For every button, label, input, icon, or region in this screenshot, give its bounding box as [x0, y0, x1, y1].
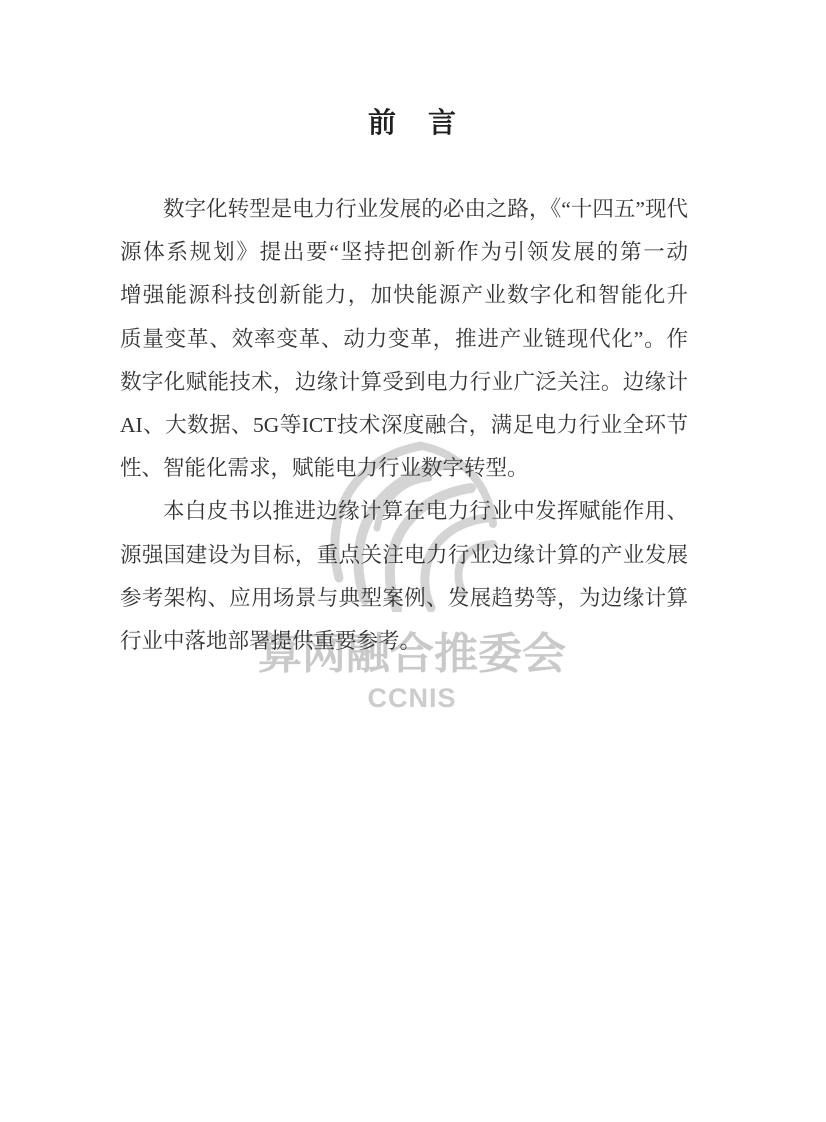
text-line: 源强国建设为目标，重点关注电力行业边缘计算的产业发展现状、 [120, 534, 688, 577]
paragraph: 数字化转型是电力行业发展的必由之路，《“十四五”现代能源体系规划》提出要“坚持把… [120, 188, 688, 490]
text-line: 性、智能化需求，赋能电力行业数字转型。 [120, 447, 688, 490]
watermark-ccnis-text: CCNIS [258, 683, 566, 714]
text-line: 参考架构、应用场景与典型案例、发展趋势等，为边缘计算在电力 [120, 577, 688, 620]
paragraph: 本白皮书以推进边缘计算在电力行业中发挥赋能作用、助力能源强国建设为目标，重点关注… [120, 490, 688, 663]
document-body: 数字化转型是电力行业发展的必由之路，《“十四五”现代能源体系规划》提出要“坚持把… [120, 188, 688, 663]
text-line: 数字化转型是电力行业发展的必由之路，《“十四五”现代能 [120, 188, 688, 231]
text-line: 源体系规划》提出要“坚持把创新作为引领发展的第一动力，着力 [120, 231, 688, 274]
page-title: 前 言 [0, 101, 826, 141]
text-line: AI、大数据、5G等ICT技术深度融合，满足电力行业全环节的实时 [120, 404, 688, 447]
text-line: 质量变革、效率变革、动力变革，推进产业链现代化”。作为一种 [120, 318, 688, 361]
text-line: 数字化赋能技术，边缘计算受到电力行业广泛关注。边缘计算与 [120, 361, 688, 404]
text-line: 增强能源科技创新能力，加快能源产业数字化和智能化升级，推动 [120, 274, 688, 317]
text-line: 本白皮书以推进边缘计算在电力行业中发挥赋能作用、助力能 [120, 490, 688, 533]
text-line: 行业中落地部署提供重要参考。 [120, 620, 688, 663]
document-page: 算网融合推委会 CCNIS 前 言 数字化转型是电力行业发展的必由之路，《“十四… [0, 0, 826, 1122]
